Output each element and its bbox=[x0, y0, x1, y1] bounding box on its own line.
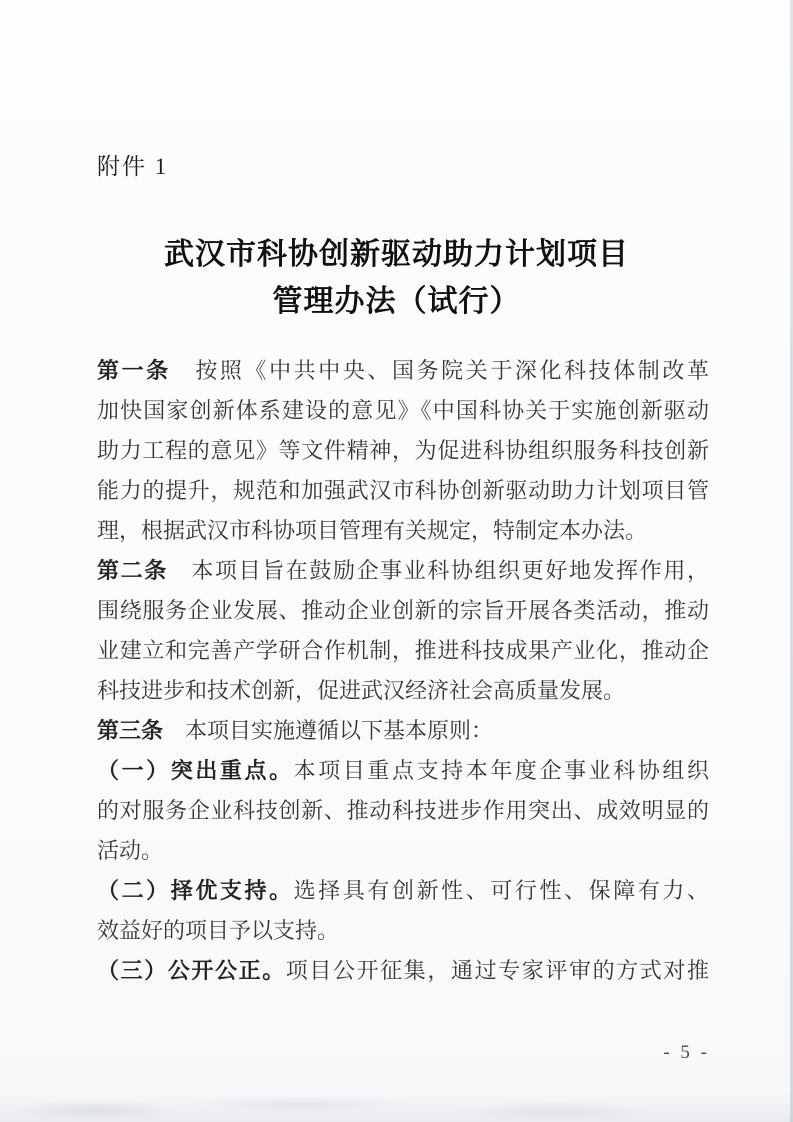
body-text-run: 的对服务企业科技创新、推动科技进步作用突出、成效明显的 bbox=[97, 798, 709, 823]
body-line: 第三条 本项目实施遵循以下基本原则： bbox=[97, 711, 709, 751]
body-line: （三）公开公正。项目公开征集，通过专家评审的方式对推 bbox=[97, 951, 709, 991]
scanned-document-page: 附件 1 武汉市科协创新驱动助力计划项目 管理办法（试行） 第一条 按照《中共中… bbox=[0, 0, 793, 1122]
article-number: 第二条 bbox=[97, 558, 168, 583]
body-line: 第二条 本项目旨在鼓励企事业科协组织更好地发挥作用， bbox=[97, 551, 709, 591]
body-text-run: 围绕服务企业发展、推动企业创新的宗旨开展各类活动，推动企 bbox=[97, 598, 709, 631]
body-text-run: 加快国家创新体系建设的意见》《中国科协关于实施创新驱动 bbox=[97, 398, 709, 423]
body-line: 加快国家创新体系建设的意见》《中国科协关于实施创新驱动 bbox=[97, 391, 709, 431]
body-text-run: 按照《中共中央、国务院关于深化科技体制改革 bbox=[171, 358, 709, 383]
principle-heading: （一）突出重点。 bbox=[97, 758, 294, 783]
body-line: 科技进步和技术创新，促进武汉经济社会高质量发展。 bbox=[97, 671, 709, 711]
body-line: （一）突出重点。本项目重点支持本年度企事业科协组织 bbox=[97, 751, 709, 791]
principle-heading: （三）公开公正。 bbox=[97, 958, 286, 983]
body-text-run: 助力工程的意见》等文件精神，为促进科协组织服务科技创新 bbox=[97, 438, 709, 463]
body-text-run: 能力的提升，规范和加强武汉市科协创新驱动助力计划项目管 bbox=[97, 478, 709, 503]
document-body: 第一条 按照《中共中央、国务院关于深化科技体制改革 加快国家创新体系建设的意见》… bbox=[97, 351, 709, 991]
scan-smudge-artifact bbox=[0, 1092, 793, 1122]
page-number: - 5 - bbox=[0, 1042, 710, 1064]
body-text-run: 本项目重点支持本年度企事业科协组织 bbox=[294, 758, 709, 783]
body-line: 业建立和完善产学研合作机制，推进科技成果产业化，推动企业 bbox=[97, 631, 709, 671]
attachment-label: 附件 1 bbox=[97, 150, 168, 184]
principle-heading: （二）择优支持。 bbox=[97, 878, 294, 903]
body-text-run: 项目公开征集，通过专家评审的方式对推 bbox=[286, 958, 709, 983]
body-line: 效益好的项目予以支持。 bbox=[97, 911, 709, 951]
body-line: 第一条 按照《中共中央、国务院关于深化科技体制改革 bbox=[97, 351, 709, 391]
body-text-run: 科技进步和技术创新，促进武汉经济社会高质量发展。 bbox=[97, 678, 625, 703]
body-line: （二）择优支持。选择具有创新性、可行性、保障有力、 bbox=[97, 871, 709, 911]
article-number: 第一条 bbox=[97, 358, 171, 383]
body-text-run: 效益好的项目予以支持。 bbox=[97, 918, 339, 943]
article-number: 第三条 bbox=[97, 718, 163, 743]
body-line: 理，根据武汉市科协项目管理有关规定，特制定本办法。 bbox=[97, 511, 709, 551]
body-text-run: 理，根据武汉市科协项目管理有关规定，特制定本办法。 bbox=[97, 518, 647, 543]
document-title-line2: 管理办法（试行） bbox=[0, 278, 793, 325]
body-text-run: 本项目旨在鼓励企事业科协组织更好地发挥作用， bbox=[168, 558, 709, 583]
body-text-run: 本项目实施遵循以下基本原则： bbox=[163, 718, 493, 743]
body-line: 的对服务企业科技创新、推动科技进步作用突出、成效明显的 bbox=[97, 791, 709, 831]
body-text-run: 活动。 bbox=[97, 838, 163, 863]
body-line: 围绕服务企业发展、推动企业创新的宗旨开展各类活动，推动企 bbox=[97, 591, 709, 631]
body-line: 能力的提升，规范和加强武汉市科协创新驱动助力计划项目管 bbox=[97, 471, 709, 511]
document-title-line1: 武汉市科协创新驱动助力计划项目 bbox=[0, 231, 793, 278]
body-text-run: 业建立和完善产学研合作机制，推进科技成果产业化，推动企业 bbox=[97, 638, 709, 671]
body-line: 助力工程的意见》等文件精神，为促进科协组织服务科技创新 bbox=[97, 431, 709, 471]
document-title: 武汉市科协创新驱动助力计划项目 管理办法（试行） bbox=[0, 231, 793, 325]
body-text-run: 选择具有创新性、可行性、保障有力、 bbox=[294, 878, 709, 903]
body-line: 活动。 bbox=[97, 831, 709, 871]
